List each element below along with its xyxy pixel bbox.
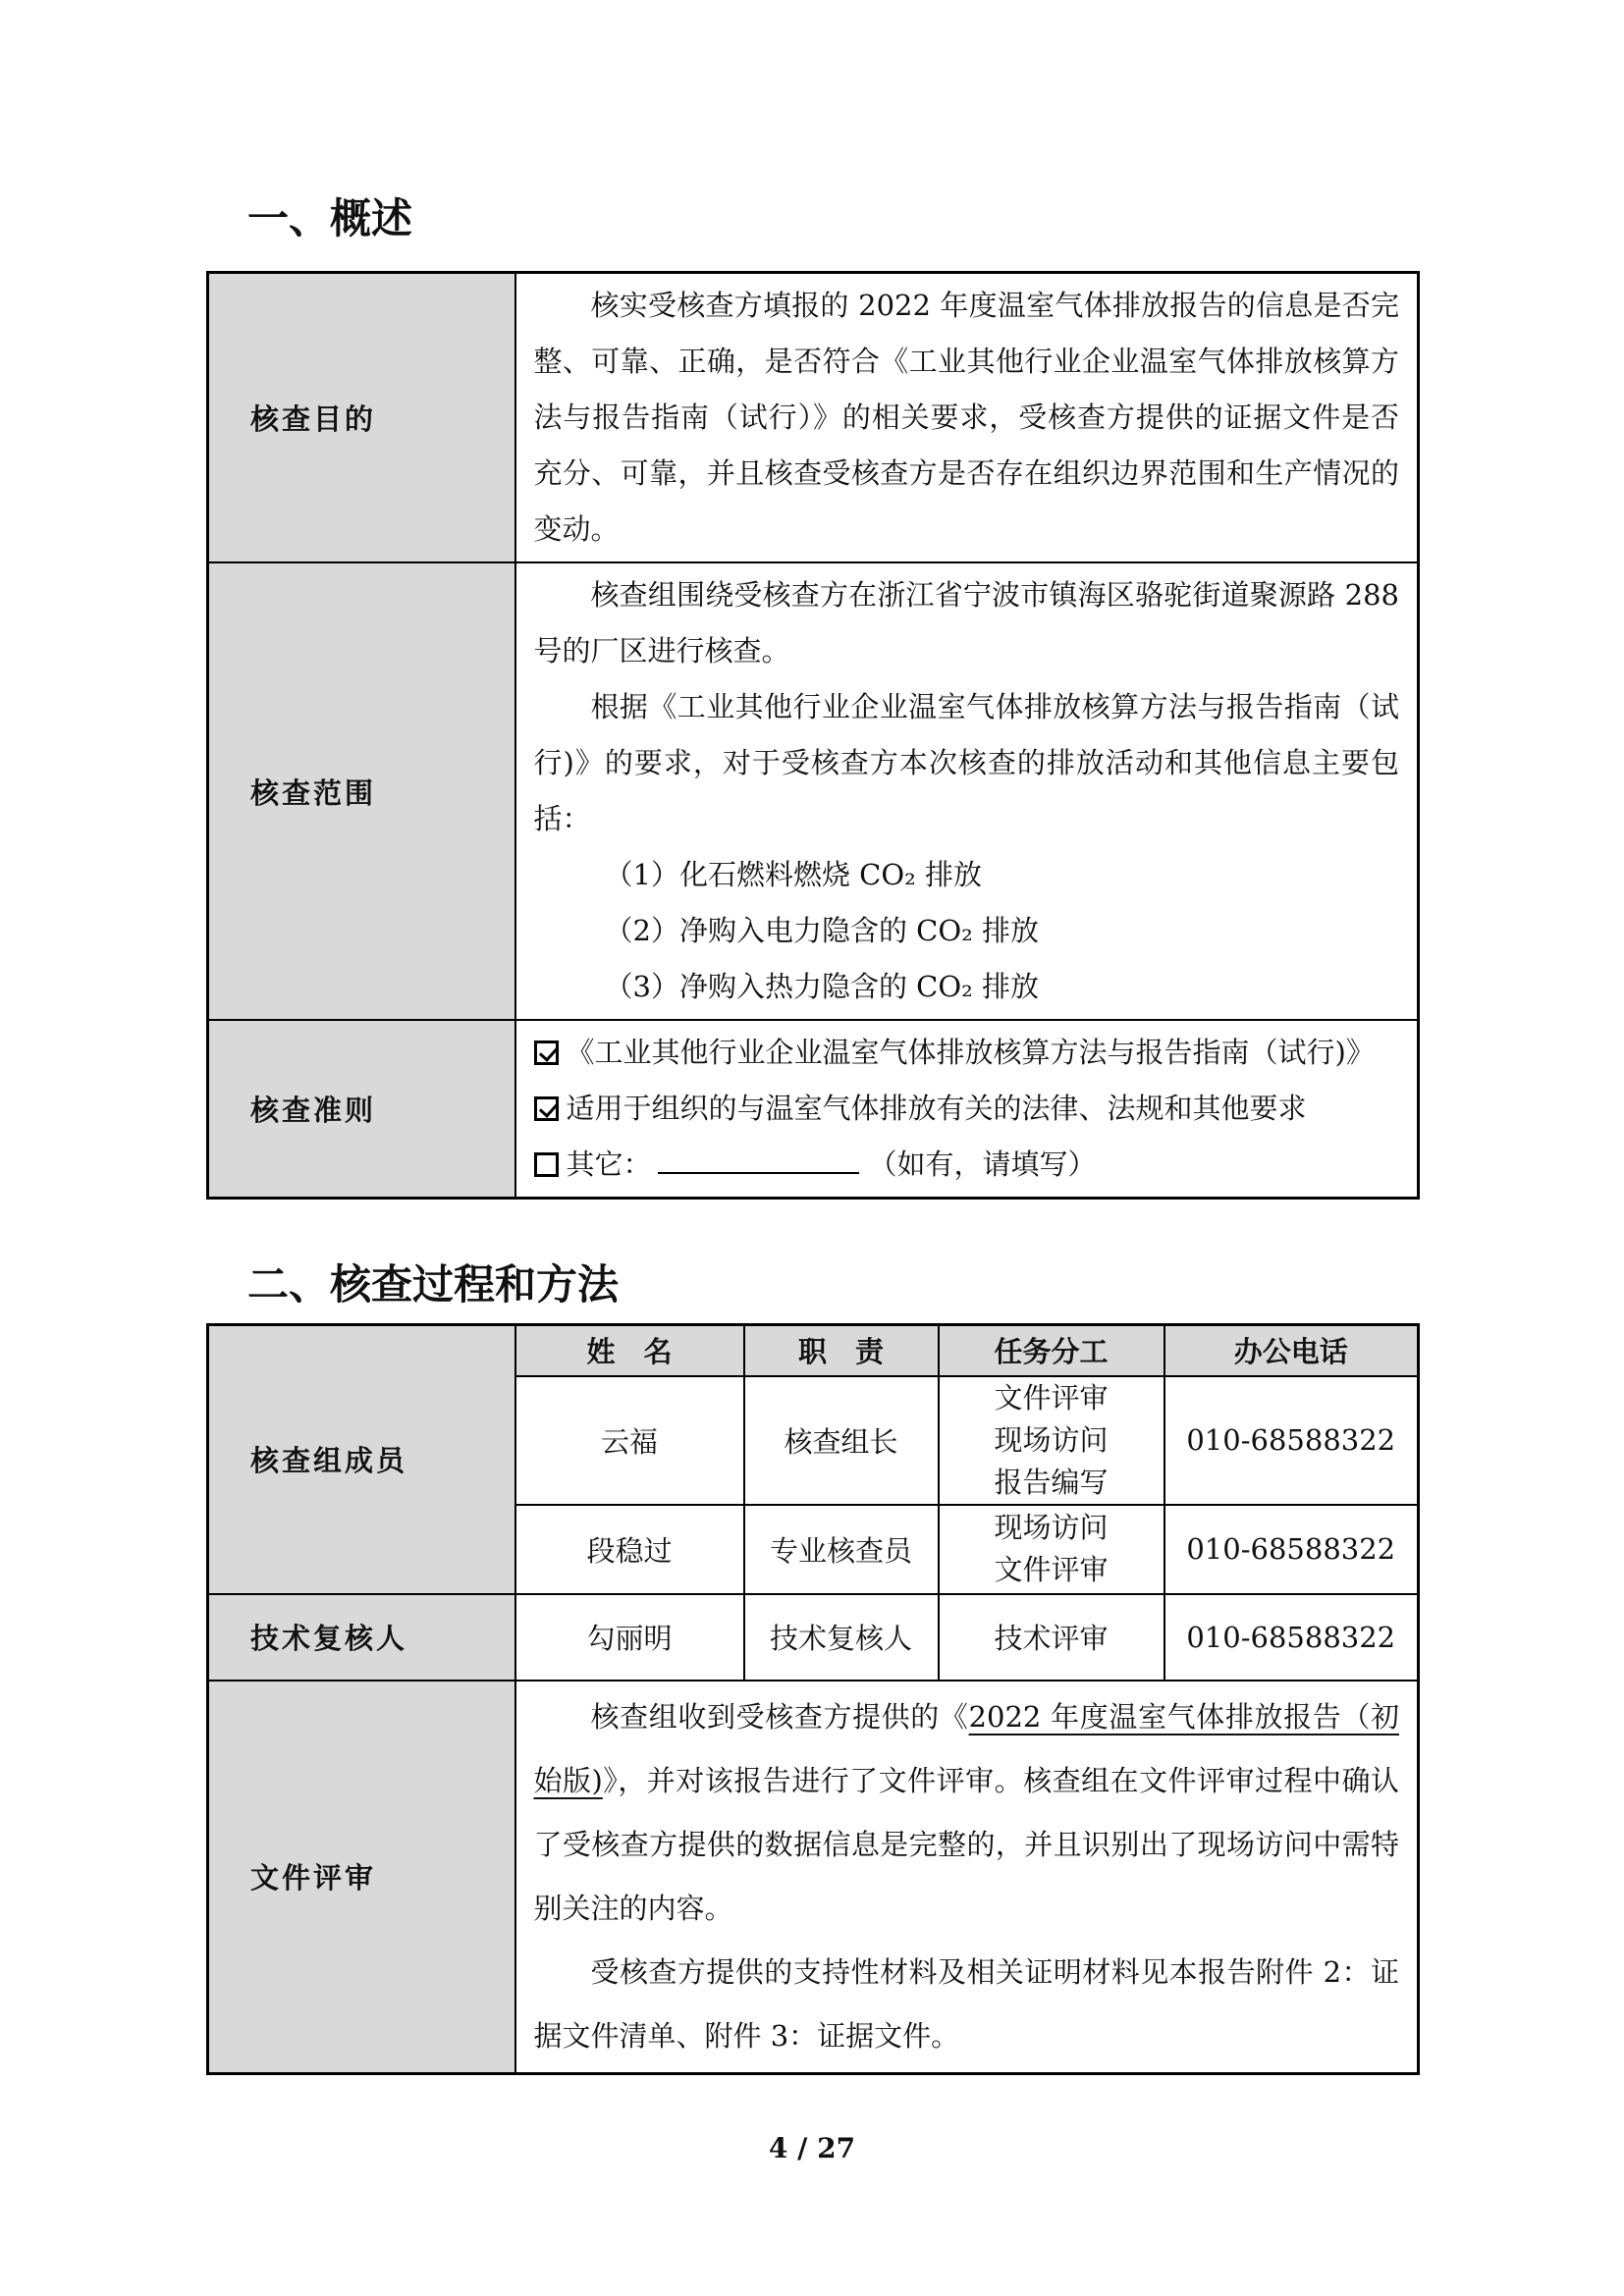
member-2-name: 段稳过	[515, 1505, 744, 1594]
reviewer-name: 勾丽明	[515, 1594, 744, 1681]
reviewer-task: 技术评审	[939, 1594, 1164, 1681]
verification-criteria-cell: 《工业其他行业企业温室气体排放核算方法与报告指南（试行)》 适用于组织的与温室气…	[515, 1020, 1419, 1199]
table-row: 核查范围 核查组围绕受核查方在浙江省宁波市镇海区骆驼街道聚源路 288 号的厂区…	[208, 562, 1419, 1020]
col-header-name: 姓 名	[515, 1325, 744, 1376]
reviewer-role: 技术复核人	[744, 1594, 939, 1681]
task-line: 文件评审	[940, 1549, 1164, 1591]
member-2-tasks: 现场访问 文件评审	[939, 1505, 1164, 1594]
document-page: 一、概述 核查目的 核实受核查方填报的 2022 年度温室气体排放报告的信息是否…	[0, 0, 1624, 2296]
member-2-role: 专业核查员	[744, 1505, 939, 1594]
member-1-name: 云福	[515, 1376, 744, 1505]
document-review-paragraph-1: 核查组收到受核查方提供的《2022 年度温室气体排放报告（初始版)》，并对该报告…	[534, 1685, 1400, 1941]
document-review-paragraph-2: 受核查方提供的支持性材料及相关证明材料见本报告附件 2：证据文件清单、附件 3：…	[534, 1941, 1400, 2068]
docreview-text-after: 》，并对该报告进行了文件评审。核查组在文件评审过程中确认了受核查方提供的数据信息…	[534, 1764, 1400, 1925]
member-1-role: 核查组长	[744, 1376, 939, 1505]
scope-paragraph-1: 核查组围绕受核查方在浙江省宁波市镇海区骆驼街道聚源路 288 号的厂区进行核查。	[534, 567, 1400, 679]
checkbox-unchecked-icon[interactable]	[534, 1152, 559, 1177]
table-row-technical-reviewer: 技术复核人 勾丽明 技术复核人 技术评审 010-68588322	[208, 1594, 1419, 1681]
scope-list-item-2: （2）净购入电力隐含的 CO₂ 排放	[534, 903, 1400, 959]
checkbox-checked-icon[interactable]	[534, 1041, 559, 1065]
section1-heading: 一、概述	[247, 0, 1417, 243]
table-row: 核查目的 核实受核查方填报的 2022 年度温室气体排放报告的信息是否完整、可靠…	[208, 273, 1419, 563]
verification-scope-cell: 核查组围绕受核查方在浙江省宁波市镇海区骆驼街道聚源路 288 号的厂区进行核查。…	[515, 562, 1419, 1020]
task-line: 现场访问	[940, 1507, 1164, 1549]
col-header-phone: 办公电话	[1164, 1325, 1419, 1376]
checkbox-checked-icon[interactable]	[534, 1096, 559, 1121]
verification-purpose-cell: 核实受核查方填报的 2022 年度温室气体排放报告的信息是否完整、可靠、正确，是…	[515, 273, 1419, 563]
fill-in-blank-line	[658, 1145, 859, 1174]
process-table: 核查组成员 姓 名 职 责 任务分工 办公电话 云福 核查组长 文件评审 现场访…	[206, 1323, 1420, 2075]
reviewer-phone: 010-68588322	[1164, 1594, 1419, 1681]
scope-paragraph-2: 根据《工业其他行业企业温室气体排放核算方法与报告指南（试行)》的要求，对于受核查…	[534, 679, 1400, 847]
criteria-text-3: 其它：	[567, 1148, 652, 1181]
table-row: 核查准则 《工业其他行业企业温室气体排放核算方法与报告指南（试行)》 适用于组织…	[208, 1020, 1419, 1199]
criteria-text-1: 《工业其他行业企业温室气体排放核算方法与报告指南（试行)》	[567, 1036, 1375, 1069]
task-line: 报告编写	[940, 1462, 1164, 1504]
criteria-line-3: 其它：（如有，请填写）	[534, 1137, 1400, 1193]
col-header-tasks: 任务分工	[939, 1325, 1164, 1376]
criteria-text-2: 适用于组织的与温室气体排放有关的法律、法规和其他要求	[567, 1092, 1307, 1125]
member-1-phone: 010-68588322	[1164, 1376, 1419, 1505]
row-label-team-members: 核查组成员	[208, 1325, 515, 1594]
verification-purpose-paragraph: 核实受核查方填报的 2022 年度温室气体排放报告的信息是否完整、可靠、正确，是…	[534, 278, 1400, 558]
row-label-verification-criteria: 核查准则	[208, 1020, 515, 1199]
member-2-phone: 010-68588322	[1164, 1505, 1419, 1594]
row-label-verification-purpose: 核查目的	[208, 273, 515, 563]
document-review-cell: 核查组收到受核查方提供的《2022 年度温室气体排放报告（初始版)》，并对该报告…	[515, 1681, 1419, 2074]
overview-table: 核查目的 核实受核查方填报的 2022 年度温室气体排放报告的信息是否完整、可靠…	[206, 271, 1420, 1200]
criteria-line-1: 《工业其他行业企业温室气体排放核算方法与报告指南（试行)》	[534, 1025, 1400, 1081]
row-label-technical-reviewer: 技术复核人	[208, 1594, 515, 1681]
scope-list-item-3: （3）净购入热力隐含的 CO₂ 排放	[534, 959, 1400, 1015]
docreview-text-before: 核查组收到受核查方提供的《	[591, 1700, 969, 1734]
task-line: 文件评审	[940, 1377, 1164, 1419]
table-row-document-review: 文件评审 核查组收到受核查方提供的《2022 年度温室气体排放报告（初始版)》，…	[208, 1681, 1419, 2074]
criteria-text-3-suffix: （如有，请填写）	[869, 1148, 1097, 1181]
row-label-verification-scope: 核查范围	[208, 562, 515, 1020]
col-header-role: 职 责	[744, 1325, 939, 1376]
criteria-line-2: 适用于组织的与温室气体排放有关的法律、法规和其他要求	[534, 1081, 1400, 1137]
member-1-tasks: 文件评审 现场访问 报告编写	[939, 1376, 1164, 1505]
table-header-row: 核查组成员 姓 名 职 责 任务分工 办公电话	[208, 1325, 1419, 1376]
scope-list-item-1: （1）化石燃料燃烧 CO₂ 排放	[534, 847, 1400, 903]
task-line: 现场访问	[940, 1419, 1164, 1462]
page-number: 4 / 27	[0, 2132, 1624, 2164]
row-label-document-review: 文件评审	[208, 1681, 515, 2074]
section2-heading: 二、核查过程和方法	[247, 1200, 1417, 1309]
